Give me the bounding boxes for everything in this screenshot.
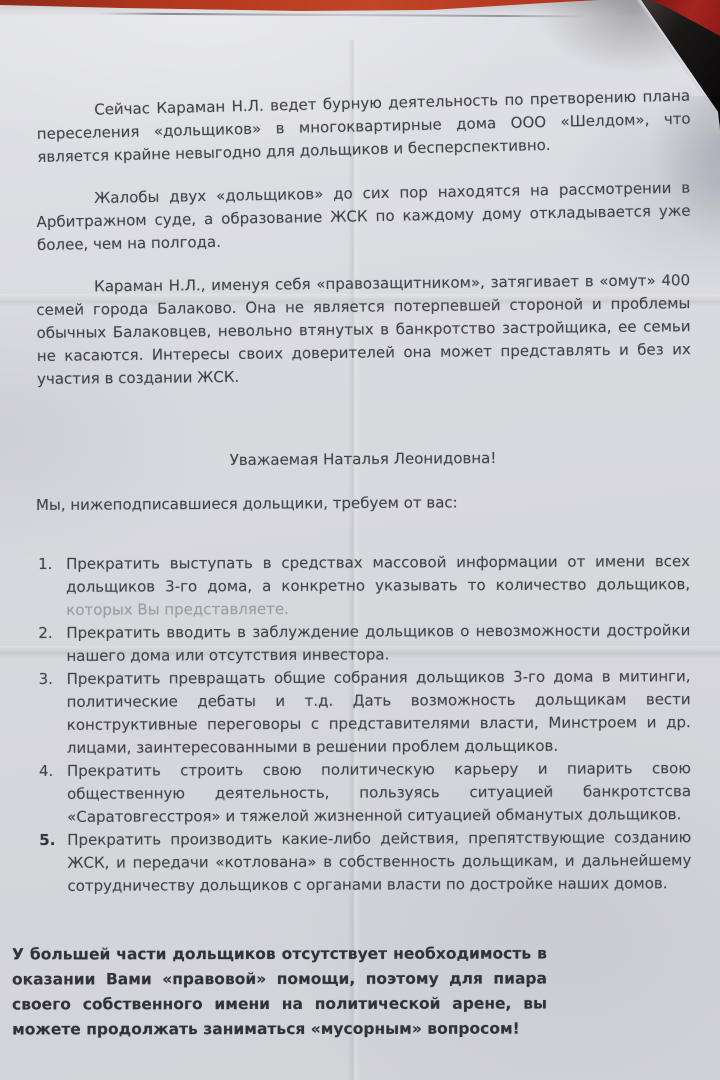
demands-intro: Мы, нижеподписавшиеся дольщики, требуем … <box>36 490 690 517</box>
demand-text-main: Прекратить выступать в средствах массово… <box>66 552 690 596</box>
letter-content: Сейчас Караман Н.Л. ведет бурную деятель… <box>0 0 720 1080</box>
demand-item-5: 5. Прекратить производить какие-либо дей… <box>37 826 691 898</box>
demand-text: Прекратить выступать в средствах массово… <box>66 550 690 622</box>
demand-item-2: 2. Прекратить вводить в заблуждение доль… <box>36 619 690 668</box>
demand-number: 3. <box>39 668 67 691</box>
demand-number: 1. <box>38 553 66 576</box>
paragraph-karaman-400-families: Караман Н.Л., именуя себя «правозащитник… <box>36 269 691 391</box>
closing-statement: У большей части дольщиков отсутствует не… <box>12 942 547 1043</box>
demand-text-main: Прекратить превращать общие собрания дол… <box>67 667 691 757</box>
demand-text: Прекратить производить какие-либо действ… <box>67 826 691 898</box>
demand-text-main: Прекратить производить какие-либо действ… <box>67 828 691 895</box>
demand-number: 4. <box>39 760 67 783</box>
demand-text-main: Прекратить строить свою политическую кар… <box>67 759 691 826</box>
demand-number: 2. <box>38 622 66 645</box>
demand-text: Прекратить строить свою политическую кар… <box>67 757 691 829</box>
demand-text-faded: которых Вы представляете. <box>66 600 289 619</box>
demand-number: 5. <box>39 829 67 852</box>
demand-item-3: 3. Прекратить превращать общие собрания … <box>37 665 691 760</box>
photo-of-letter: Сейчас Караман Н.Л. ведет бурную деятель… <box>0 0 720 1080</box>
demand-item-4: 4. Прекратить строить свою политическую … <box>37 757 691 829</box>
demand-text: Прекратить вводить в заблуждение дольщик… <box>66 619 690 668</box>
paragraph-complaints-arbitration: Жалобы двух «дольщиков» до сих пор наход… <box>36 177 691 257</box>
demand-text-main: Прекратить вводить в заблуждение дольщик… <box>66 621 690 665</box>
salutation: Уважаемая Наталья Леонидовна! <box>36 445 690 473</box>
demands-list: 1. Прекратить выступать в средствах масс… <box>36 550 691 898</box>
paragraph-karaman-activity: Сейчас Караман Н.Л. ведет бурную деятель… <box>36 85 691 169</box>
demand-text: Прекратить превращать общие собрания дол… <box>67 665 691 760</box>
letter-paper: Сейчас Караман Н.Л. ведет бурную деятель… <box>0 0 720 1080</box>
demand-item-1: 1. Прекратить выступать в средствах масс… <box>36 550 690 622</box>
